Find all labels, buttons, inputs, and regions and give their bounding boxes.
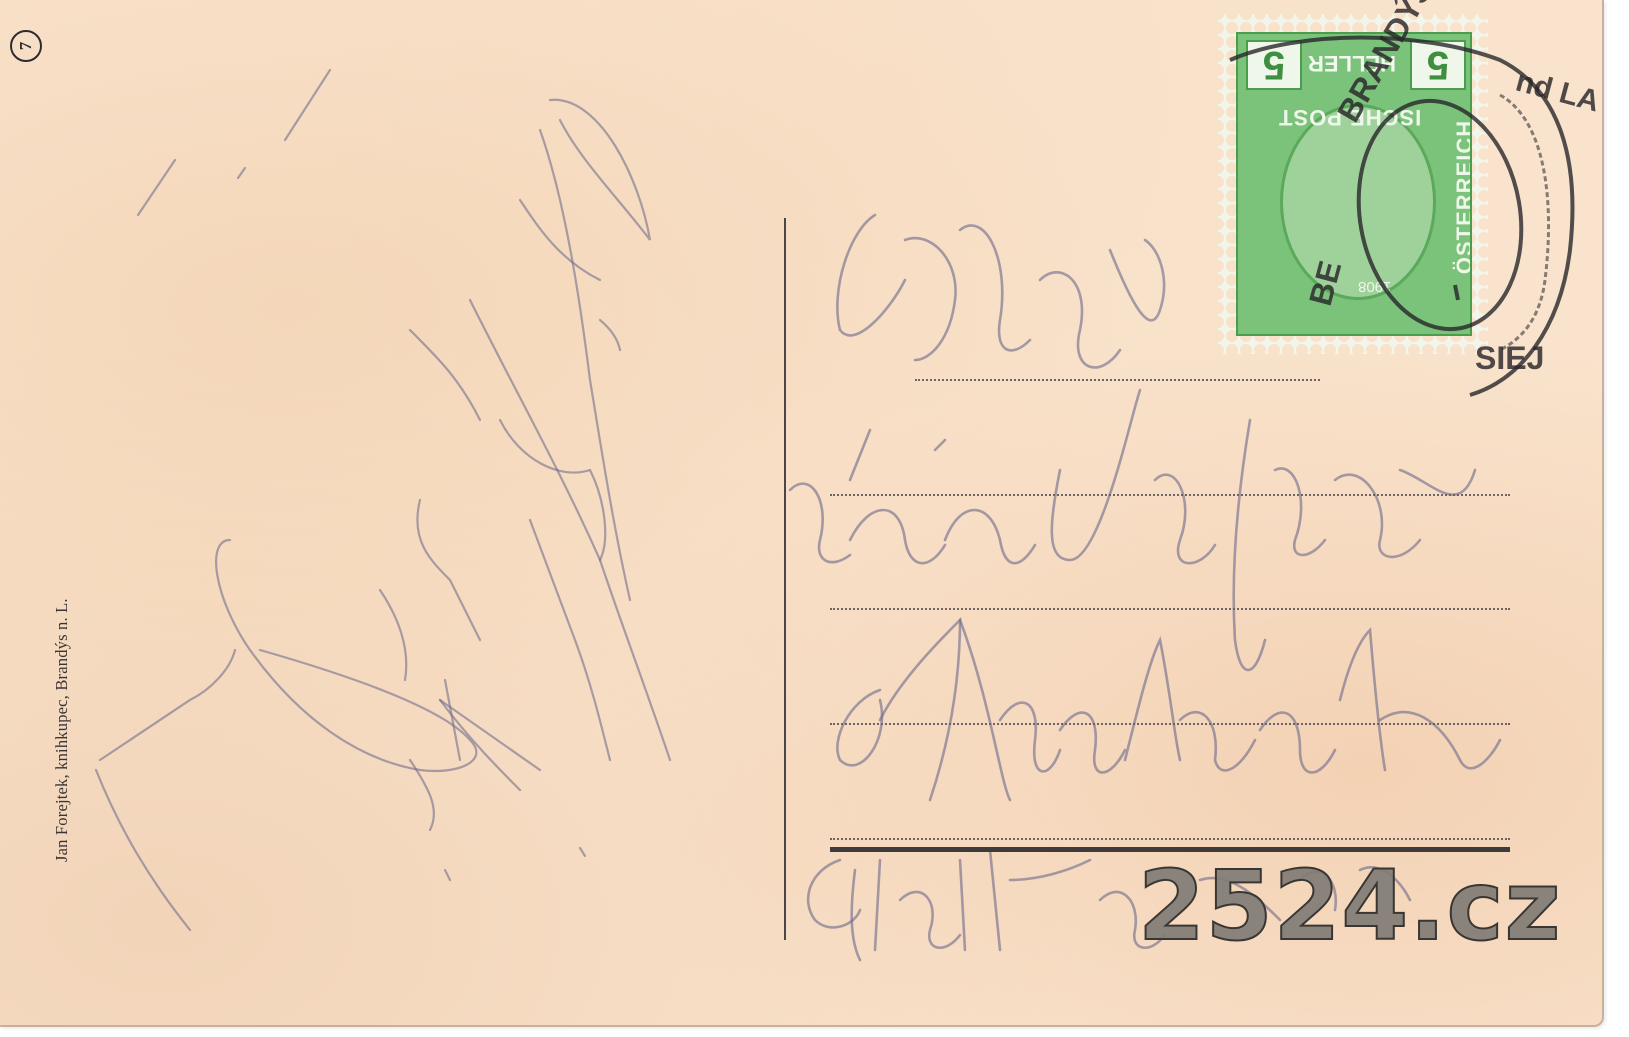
- watermark: 2524.cz: [1138, 858, 1561, 954]
- card-number: 7: [16, 42, 36, 51]
- postmark-fragment-3: SIEJ: [1475, 340, 1544, 377]
- stamp-year: 1908: [1358, 278, 1391, 295]
- stamp-value-left: 5: [1246, 40, 1302, 90]
- card-number-badge: 7: [10, 30, 42, 62]
- emperor-portrait-icon: [1280, 104, 1436, 300]
- publisher-imprint: Jan Forejtek, knihkupec, Brandýs n. L.: [52, 598, 72, 862]
- stamp-border-text-right: ÖSTERREICH: [1452, 120, 1472, 274]
- message-address-divider: [784, 218, 786, 940]
- address-line-3: [830, 608, 1510, 610]
- address-line-4: [830, 723, 1510, 725]
- address-line-2: [830, 494, 1510, 496]
- postmark-fragment-2: nd LA: [1512, 65, 1603, 120]
- postcard-back: 7 Jan Forejtek, knihkupec, Brandýs n. L.: [0, 0, 1604, 1027]
- address-line-1: [915, 379, 1320, 381]
- address-line-5: [830, 838, 1510, 840]
- stamp-value-right: 5: [1410, 40, 1466, 90]
